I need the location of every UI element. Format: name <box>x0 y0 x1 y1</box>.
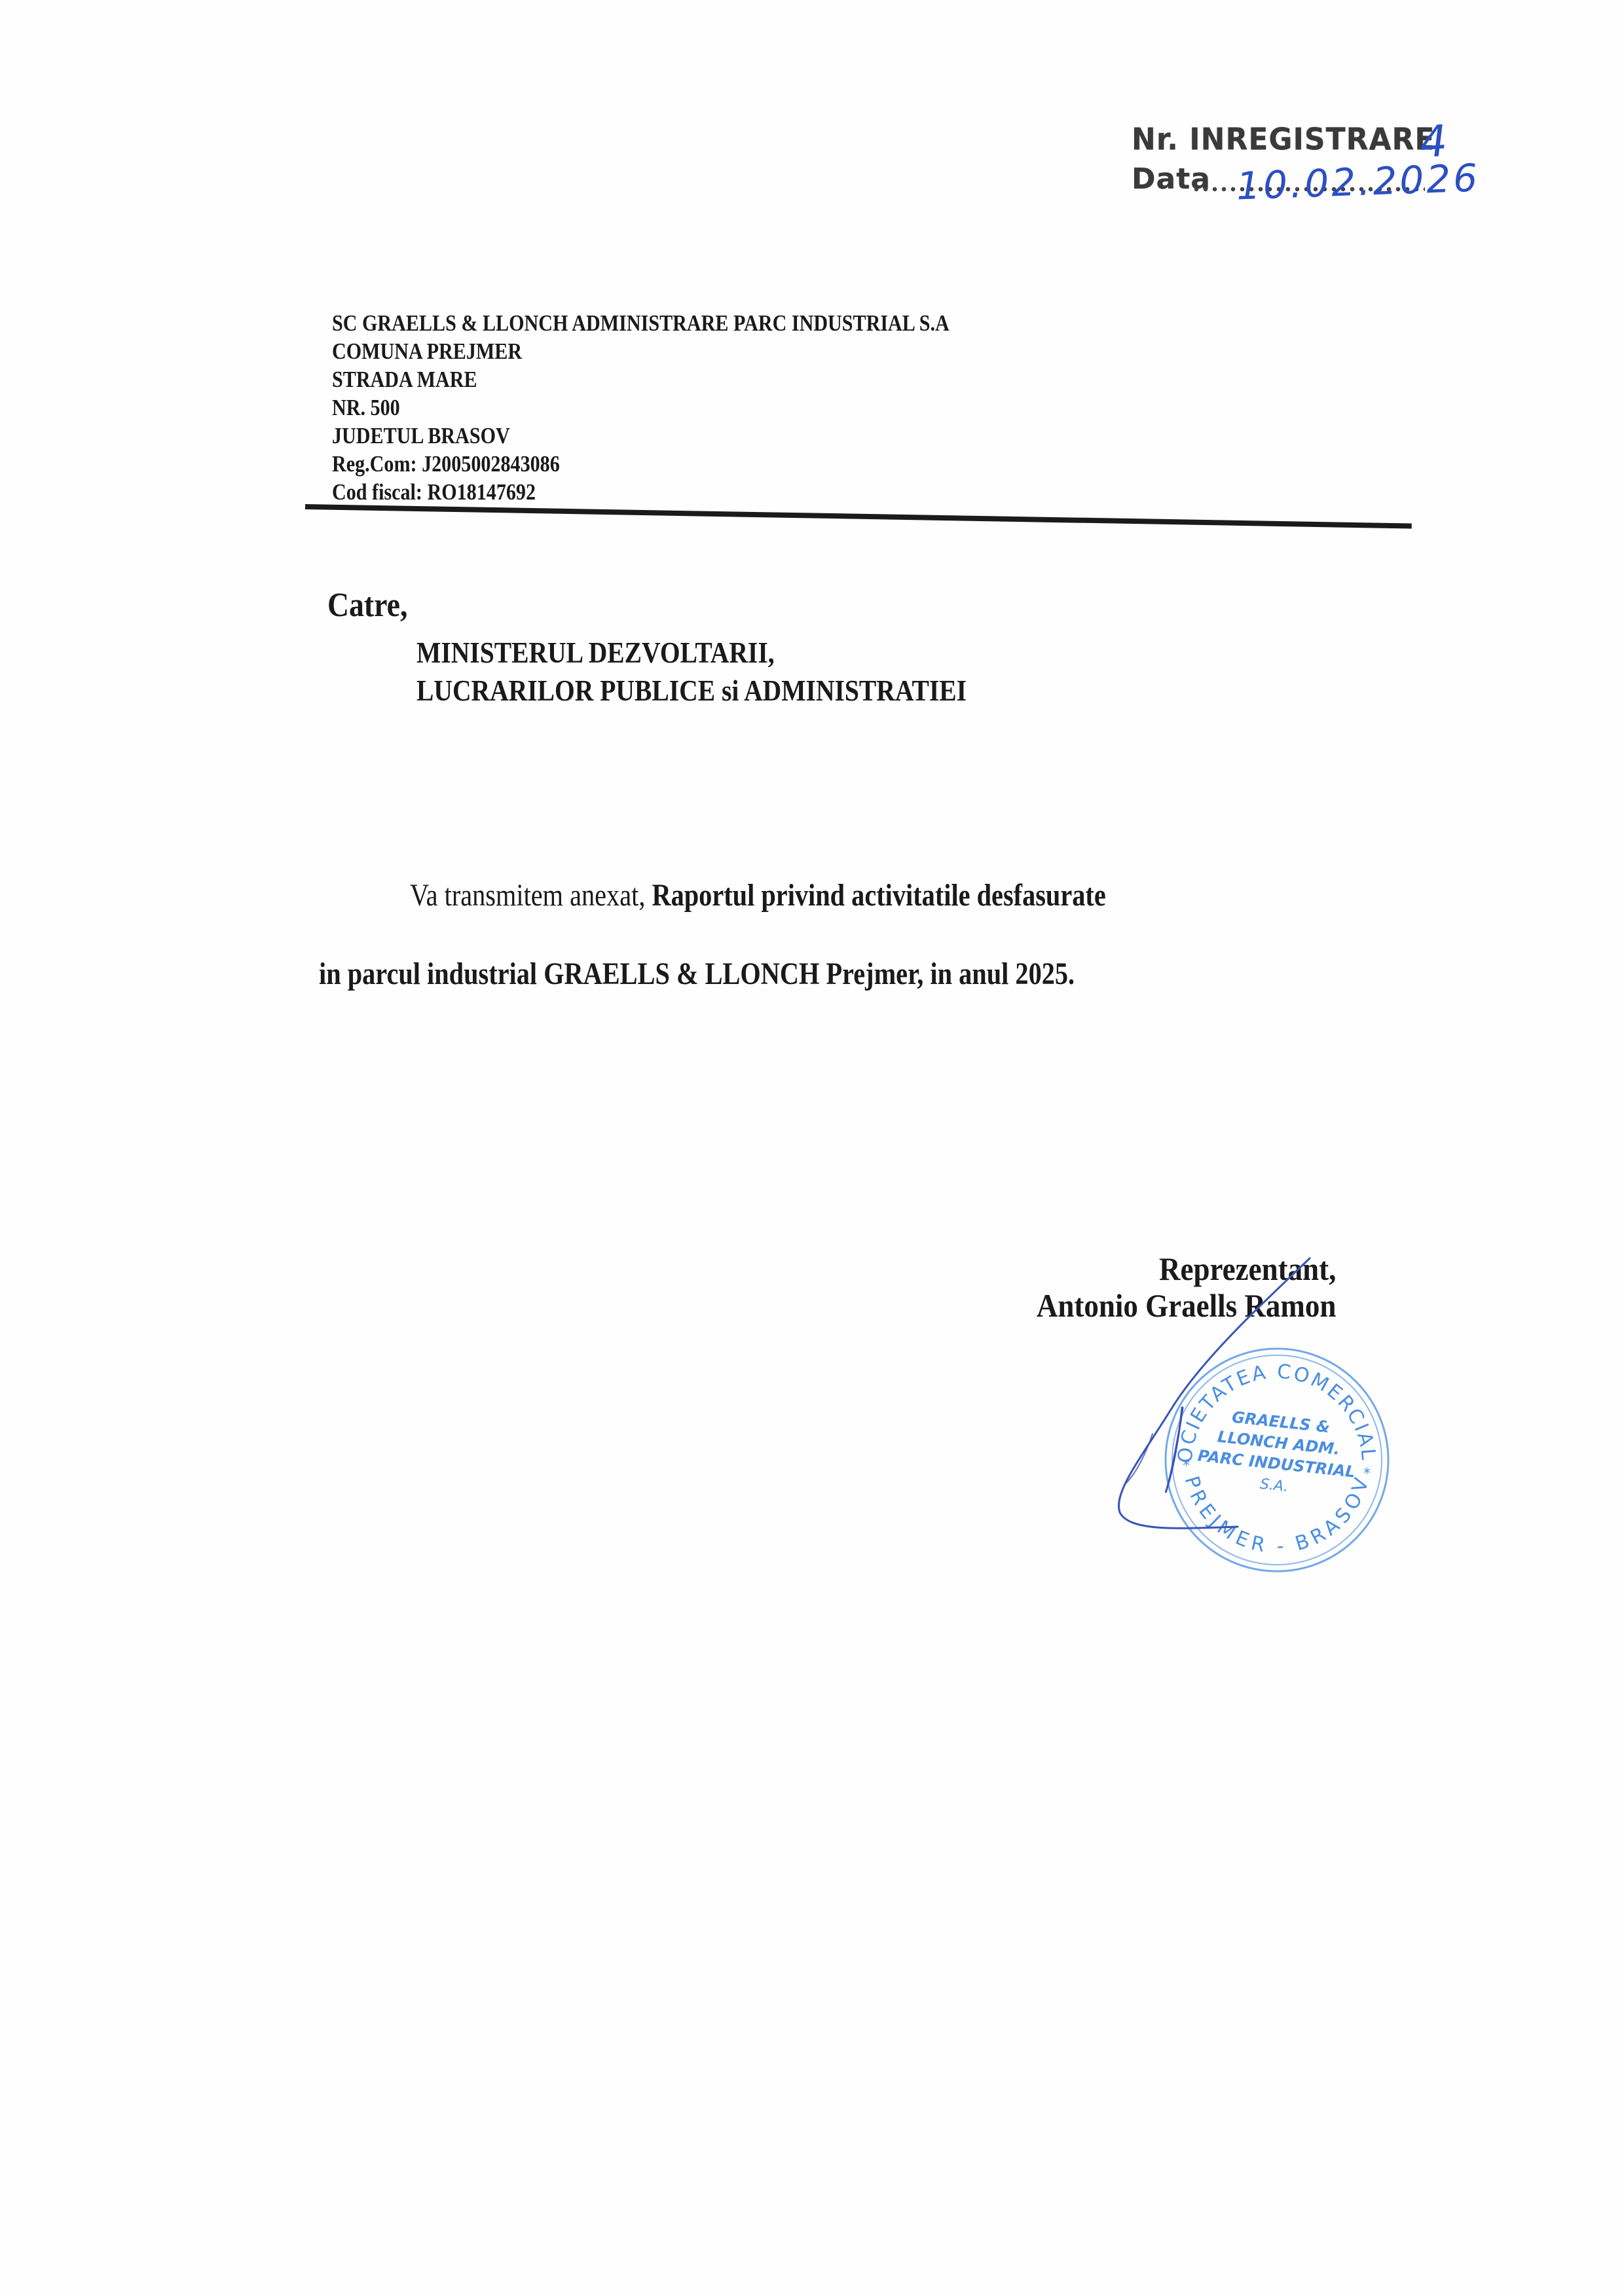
header-divider <box>305 504 1412 528</box>
sender-company-name: SC GRAELLS & LLONCH ADMINISTRARE PARC IN… <box>332 309 950 337</box>
sender-county: JUDETUL BRASOV <box>332 422 950 450</box>
sender-reg-com: Reg.Com: J2005002843086 <box>332 450 950 478</box>
body-paragraph-line-2: in parcul industrial GRAELLS & LLONCH Pr… <box>319 956 1075 992</box>
sender-commune: COMUNA PREJMER <box>332 337 950 365</box>
registration-date-handwritten: 10.02.2026 <box>1236 156 1481 209</box>
addressee-block: MINISTERUL DEZVOLTARII, LUCRARILOR PUBLI… <box>416 634 967 710</box>
stamp-star-right-icon: * <box>1363 1466 1371 1482</box>
addressee-line-2: LUCRARILOR PUBLICE si ADMINISTRATIEI <box>416 672 967 710</box>
body-intro: Va transmitem anexat, <box>410 878 652 913</box>
handwritten-signature <box>1074 1257 1323 1539</box>
salutation: Catre, <box>327 586 407 625</box>
registration-stamp: Nr. INREGISTRARE Data 4 10.02.2026 <box>1132 123 1446 228</box>
registration-number-label: Nr. INREGISTRARE <box>1132 122 1435 158</box>
body-report-title: Raportul privind activitatile desfasurat… <box>652 878 1105 913</box>
body-paragraph-line-1: Va transmitem anexat, Raportul privind a… <box>410 877 1106 913</box>
document-page: Nr. INREGISTRARE Data 4 10.02.2026 SC GR… <box>0 0 1624 2296</box>
sender-fiscal-code: Cod fiscal: RO18147692 <box>332 478 950 506</box>
sender-street: STRADA MARE <box>332 365 950 393</box>
sender-number: NR. 500 <box>332 393 950 422</box>
addressee-line-1: MINISTERUL DEZVOLTARII, <box>416 634 967 672</box>
body-report-title-continued: in parcul industrial GRAELLS & LLONCH Pr… <box>319 957 1075 991</box>
sender-block: SC GRAELLS & LLONCH ADMINISTRARE PARC IN… <box>332 309 950 506</box>
